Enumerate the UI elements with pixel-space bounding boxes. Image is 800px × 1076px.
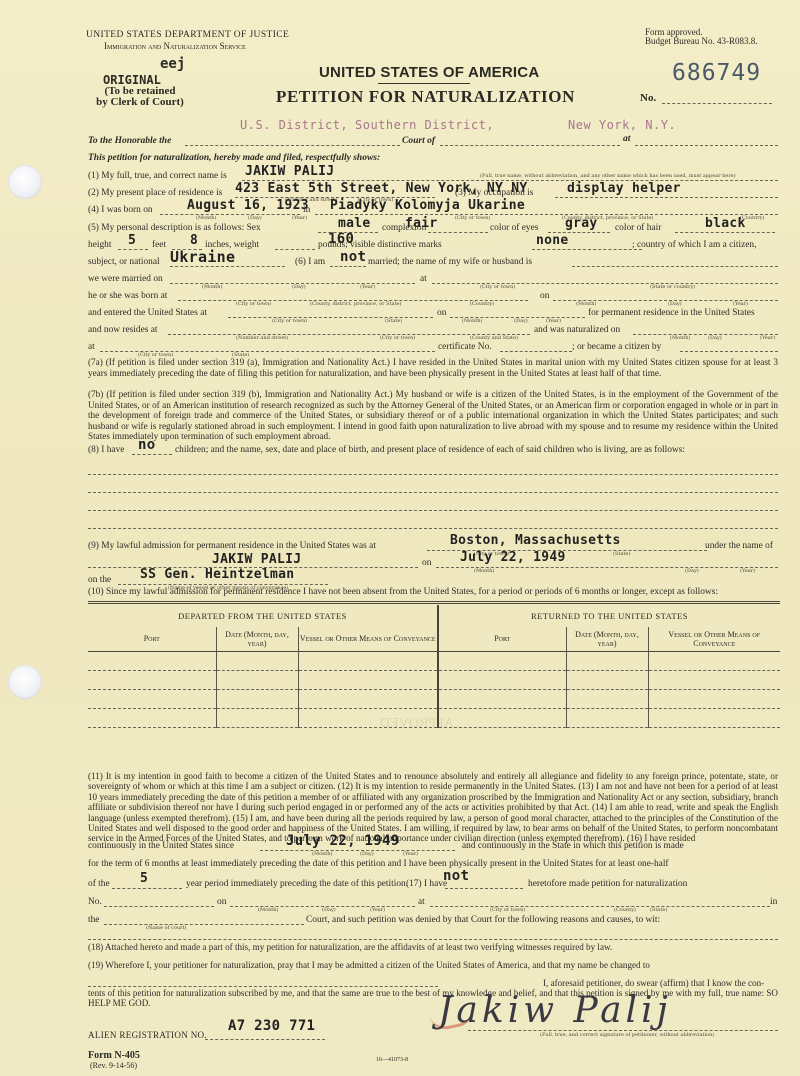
cell: [216, 708, 298, 727]
cell: [88, 708, 216, 727]
certificate-line: [500, 351, 572, 352]
heretofore-label: heretofore made petition for naturalizat…: [528, 879, 687, 889]
year-period-label: year period immediately preceding the da…: [186, 879, 408, 889]
caption-admission-state: (State): [613, 551, 630, 557]
col-returned-date: Date (Month, day, year): [566, 627, 648, 651]
caption-court-name: (Name of court): [146, 925, 186, 931]
permanent-label: for permanent residence in the United St…: [588, 308, 755, 318]
prev-no-label: No.: [88, 897, 102, 907]
married-on-label: we were married on: [88, 274, 163, 284]
naturalization-petition-page: UNITED STATES DEPARTMENT OF JUSTICE Immi…: [0, 0, 800, 1076]
table-row: [88, 689, 780, 708]
q9-label: (9) My lawful admission for permanent re…: [88, 541, 376, 551]
cell: [438, 651, 566, 670]
caption-married-city: (City or town): [480, 284, 515, 290]
spouse-born-on-label: on: [540, 291, 549, 301]
admission-on-label: on: [422, 558, 431, 568]
court-district: Southern District,: [355, 118, 494, 132]
nationality-value: Ukraine: [170, 248, 235, 266]
signature-line: [468, 1030, 778, 1031]
in-label: in: [303, 205, 310, 215]
eyes-value: gray: [565, 216, 598, 231]
caption-prev-county: (County): [614, 907, 636, 913]
since-label: continuously in the United States since: [88, 841, 234, 851]
caption-prev-year: (Year): [370, 907, 385, 913]
prev-at-line: [430, 906, 770, 907]
caption-resides-street: (Number and street): [236, 335, 288, 341]
naturalized-label: and was naturalized on: [534, 325, 620, 335]
caption-prev-month: (Month): [258, 907, 278, 913]
prev-the-label: the: [88, 915, 99, 925]
caption-married-month: (Month): [202, 284, 222, 290]
at2-label: at: [88, 342, 95, 352]
vessel-value: SS Gen. Heintzelman: [140, 567, 294, 582]
absence-table: DEPARTED FROM THE UNITED STATES RETURNED…: [88, 605, 780, 728]
hair-label: color of hair: [615, 223, 661, 233]
entered-label: and entered the United States at: [88, 308, 207, 318]
certificate-label: certificate No.: [438, 342, 492, 352]
children-line: [132, 454, 172, 455]
years-value: 5: [140, 871, 148, 886]
q3-label: (3) My occupation is: [455, 188, 533, 198]
caption-admission-day: (Day): [685, 568, 699, 574]
caption-entered-day: (Day): [514, 318, 528, 324]
service-name: Immigration and Naturalization Service: [104, 41, 246, 51]
print-code: 16—41073-8: [376, 1057, 408, 1063]
state-label: and continuously in the State in which t…: [462, 841, 684, 851]
col-returned-port: Port: [438, 627, 566, 651]
birth-place-line: [315, 214, 778, 215]
intro-text: This petition for naturalization, hereby…: [88, 153, 380, 163]
previous-petition-value: not: [443, 868, 469, 884]
retained-note-line-2: by Clerk of Court): [95, 97, 185, 108]
prev-on-label: on: [217, 897, 226, 907]
cell: [438, 689, 566, 708]
birth-date-line: [160, 214, 300, 215]
court-name-line: [185, 145, 400, 146]
cell: [216, 670, 298, 689]
feet-label: feet: [152, 240, 166, 250]
pounds-label: pounds; visible distinctive marks: [318, 240, 442, 250]
since-line: [260, 850, 455, 851]
on-the-label: on the: [88, 575, 111, 585]
caption-married-state: (State or country): [650, 284, 695, 290]
departed-header: DEPARTED FROM THE UNITED STATES: [88, 605, 438, 627]
cell: [648, 670, 780, 689]
height-label: height: [88, 240, 111, 250]
caption-spouse-county: (County, district, province, or State): [310, 301, 401, 307]
punch-hole-bottom: [8, 665, 42, 699]
denied-label: Court, and such petition was denied by t…: [306, 915, 660, 925]
caption-naturalized-year: (Year): [760, 335, 775, 341]
birth-date-value: August 16, 1923: [187, 198, 309, 213]
caption-entered-state: (State): [385, 318, 402, 324]
spouse-name-line: [572, 266, 778, 267]
complexion-value: fair: [405, 216, 438, 231]
cell: [298, 689, 438, 708]
subject-label: subject, or national: [88, 257, 160, 267]
paragraph-19c: tents of this petition for naturalizatio…: [88, 988, 778, 1008]
caption-spouse-city: (City or town): [236, 301, 271, 307]
weight-line: [275, 249, 315, 250]
cell: [298, 651, 438, 670]
caption-month: (Month): [196, 215, 216, 221]
petition-number: 686749: [672, 60, 761, 86]
cell: [216, 651, 298, 670]
table-top-rule: [88, 601, 780, 604]
resides-label: and now resides at: [88, 325, 158, 335]
court-of-line: [440, 145, 620, 146]
became-label: ; or became a citizen by: [572, 342, 661, 352]
name-change-line: [88, 986, 438, 987]
children-blank-line-2: [88, 492, 778, 493]
caption-entered-city: (City or town): [272, 318, 307, 324]
caption-city-birth: (City or town): [455, 215, 490, 221]
married-at-label: at: [420, 274, 427, 284]
term-text: for the term of 6 months at least immedi…: [88, 859, 669, 869]
cell: [216, 689, 298, 708]
entered-on-label: on: [437, 308, 446, 318]
cell: [566, 670, 648, 689]
prev-at-label: at: [418, 897, 425, 907]
form-number: Form N-405: [88, 1050, 140, 1061]
marks-line: [532, 249, 642, 250]
table-row: [88, 651, 780, 670]
caption-entered-month: (Month): [462, 318, 482, 324]
previous-petition-line: [445, 888, 523, 889]
caption-married-year: (Year): [360, 284, 375, 290]
retained-note: (To be retained by Clerk of Court): [95, 86, 185, 108]
denied-reason-line: [88, 939, 778, 940]
col-returned-vessel: Vessel or Other Means of Conveyance: [648, 627, 780, 651]
paragraph-7a: (7a) (If petition is filed under section…: [88, 357, 778, 378]
caption-spouse-month: (Month): [576, 301, 596, 307]
cell: [438, 708, 566, 727]
signature-caption: (Full, true, and correct signature of pe…: [540, 1032, 714, 1038]
birth-place-value: Piadyky Kolomyja Ukarine: [330, 198, 525, 213]
caption-since-day: (Day): [360, 851, 374, 857]
height-feet-value: 5: [128, 233, 136, 248]
children-value: no: [138, 437, 155, 453]
caption-naturalized-month: (Month): [670, 335, 690, 341]
prev-no-line: [104, 906, 214, 907]
paragraph-19b: I, aforesaid petitioner, do swear (affir…: [543, 978, 764, 988]
marks-value: none: [536, 233, 569, 248]
children-blank-line-1: [88, 474, 778, 475]
children-blank-line-4: [88, 528, 778, 529]
cell: [648, 689, 780, 708]
cell: [88, 651, 216, 670]
caption-resides-county: (County and State): [470, 335, 518, 341]
form-revision: (Rev. 9-14-56): [90, 1061, 137, 1070]
born-at-label: he or she was born at: [88, 291, 167, 301]
paragraph-18: (18) Attached hereto and made a part of …: [88, 942, 612, 952]
form-title: PETITION FOR NATURALIZATION: [276, 87, 575, 107]
admission-name-value: JAKIW PALIJ: [212, 552, 301, 567]
caption-prev-city: (City or town): [490, 907, 525, 913]
of-the-label: of the: [88, 879, 110, 889]
prev-in-label: in: [770, 897, 777, 907]
table-row: [88, 670, 780, 689]
q6-label: (6) I am: [295, 257, 325, 267]
bleed-through-text: APPROVED: [380, 716, 454, 732]
q1-caption: (Full, true name, without abbreviation, …: [480, 173, 780, 179]
since-date-value: July 22, 1949: [286, 833, 399, 849]
court-location: New York, N.Y.: [568, 118, 676, 132]
col-departed-port: Port: [88, 627, 216, 651]
court-name: U.S. District,: [240, 118, 348, 132]
q2-label: (2) My present place of residence is: [88, 188, 222, 198]
paragraph-11-16: (11) It is my intention in good faith to…: [88, 771, 778, 844]
hair-line: [675, 232, 775, 233]
court-at-label: at: [623, 134, 630, 144]
alien-reg-number: A7 230 771: [228, 1018, 315, 1034]
punch-hole-top: [8, 165, 42, 199]
caption-naturalized-day: (Day): [708, 335, 722, 341]
under-name-label: under the name of: [705, 541, 773, 551]
cell: [438, 670, 566, 689]
citizen-label: ; country of which I am a citizen,: [632, 240, 756, 250]
cell: [88, 689, 216, 708]
q1-label: (1) My full, true, and correct name is: [88, 171, 227, 181]
number-underline: [662, 103, 772, 104]
caption-married-day: (Day): [292, 284, 306, 290]
cell: [648, 708, 780, 727]
q8-label: (8) I have: [88, 445, 124, 455]
caption-resides-city: (City or town): [380, 335, 415, 341]
caption-entered-year: (Year): [546, 318, 561, 324]
cell: [566, 651, 648, 670]
paragraph-7b: (7b) (If petition is filed under section…: [88, 389, 778, 442]
caption-prev-state: (State): [650, 907, 667, 913]
admission-place-value: Boston, Massachusetts: [450, 533, 621, 548]
caption-since-year: (Year): [403, 851, 418, 857]
became-line: [680, 351, 778, 352]
paragraph-19a: (19) Wherefore I, your petitioner for na…: [88, 960, 650, 970]
children-blank-line-3: [88, 510, 778, 511]
honorable-label: To the Honorable the: [88, 136, 171, 146]
prev-court-line: [104, 924, 304, 925]
occupation-line: [555, 197, 778, 198]
married-label: married; the name of my wife or husband …: [368, 257, 532, 267]
col-departed-vessel: Vessel or Other Means of Conveyance: [298, 627, 438, 651]
complexion-line: [428, 232, 488, 233]
q8-rest: children; and the name, sex, date and pl…: [175, 445, 685, 455]
col-departed-date: Date (Month, day, year): [216, 627, 298, 651]
caption-year: (Year): [292, 215, 307, 221]
q10-text: (10) Since my lawful admission for perma…: [88, 587, 718, 597]
nationality-line: [170, 266, 285, 267]
form-approval: Form approved. Budget Bureau No. 43-R083…: [645, 28, 758, 46]
height-inches-value: 8: [190, 233, 198, 248]
cell: [648, 651, 780, 670]
q4-label: (4) I was born on: [88, 205, 153, 215]
cell: [298, 670, 438, 689]
number-label: No.: [640, 92, 656, 104]
caption-since-month: (Month): [312, 851, 332, 857]
caption-day: (Day): [248, 215, 262, 221]
alien-reg-label: ALIEN REGISTRATION NO.: [88, 1030, 207, 1040]
eyes-label: color of eyes: [490, 223, 538, 233]
q17-label: (17) I have: [406, 879, 447, 889]
cell: [566, 708, 648, 727]
clerk-initials: eej: [160, 56, 185, 72]
married-status-line: [330, 266, 366, 267]
married-status-value: not: [340, 249, 366, 265]
title-country: UNITED STATES OF AMERICA: [319, 64, 539, 81]
caption-spouse-country: (Country): [470, 301, 494, 307]
height-feet-line: [118, 249, 148, 250]
court-at-line: [635, 145, 778, 146]
full-name-value: JAKIW PALIJ: [245, 164, 334, 179]
petitioner-signature: Jakiw Palij: [438, 990, 672, 1031]
caption-spouse-year: (Year): [733, 301, 748, 307]
caption-admission-month: (Month): [474, 568, 494, 574]
cell: [88, 670, 216, 689]
court-of-label: Court of: [402, 136, 435, 146]
caption-admission-year: (Year): [740, 568, 755, 574]
department-name: UNITED STATES DEPARTMENT OF JUSTICE: [86, 30, 289, 40]
caption-spouse-day: (Day): [668, 301, 682, 307]
returned-header: RETURNED TO THE UNITED STATES: [438, 605, 780, 627]
alien-reg-line: [205, 1039, 325, 1040]
title-divider: [378, 83, 470, 84]
admission-date-value: July 22, 1949: [460, 550, 566, 565]
occupation-value: display helper: [567, 181, 681, 196]
naturalized-line: [633, 334, 778, 335]
q5-label: (5) My personal description is as follow…: [88, 223, 261, 233]
caption-prev-day: (Day): [322, 907, 336, 913]
cell: [566, 689, 648, 708]
sex-value: male: [338, 216, 371, 231]
hair-value: black: [705, 216, 746, 231]
budget-bureau-text: Budget Bureau No. 43-R083.8.: [645, 37, 758, 46]
years-line: [112, 888, 182, 889]
